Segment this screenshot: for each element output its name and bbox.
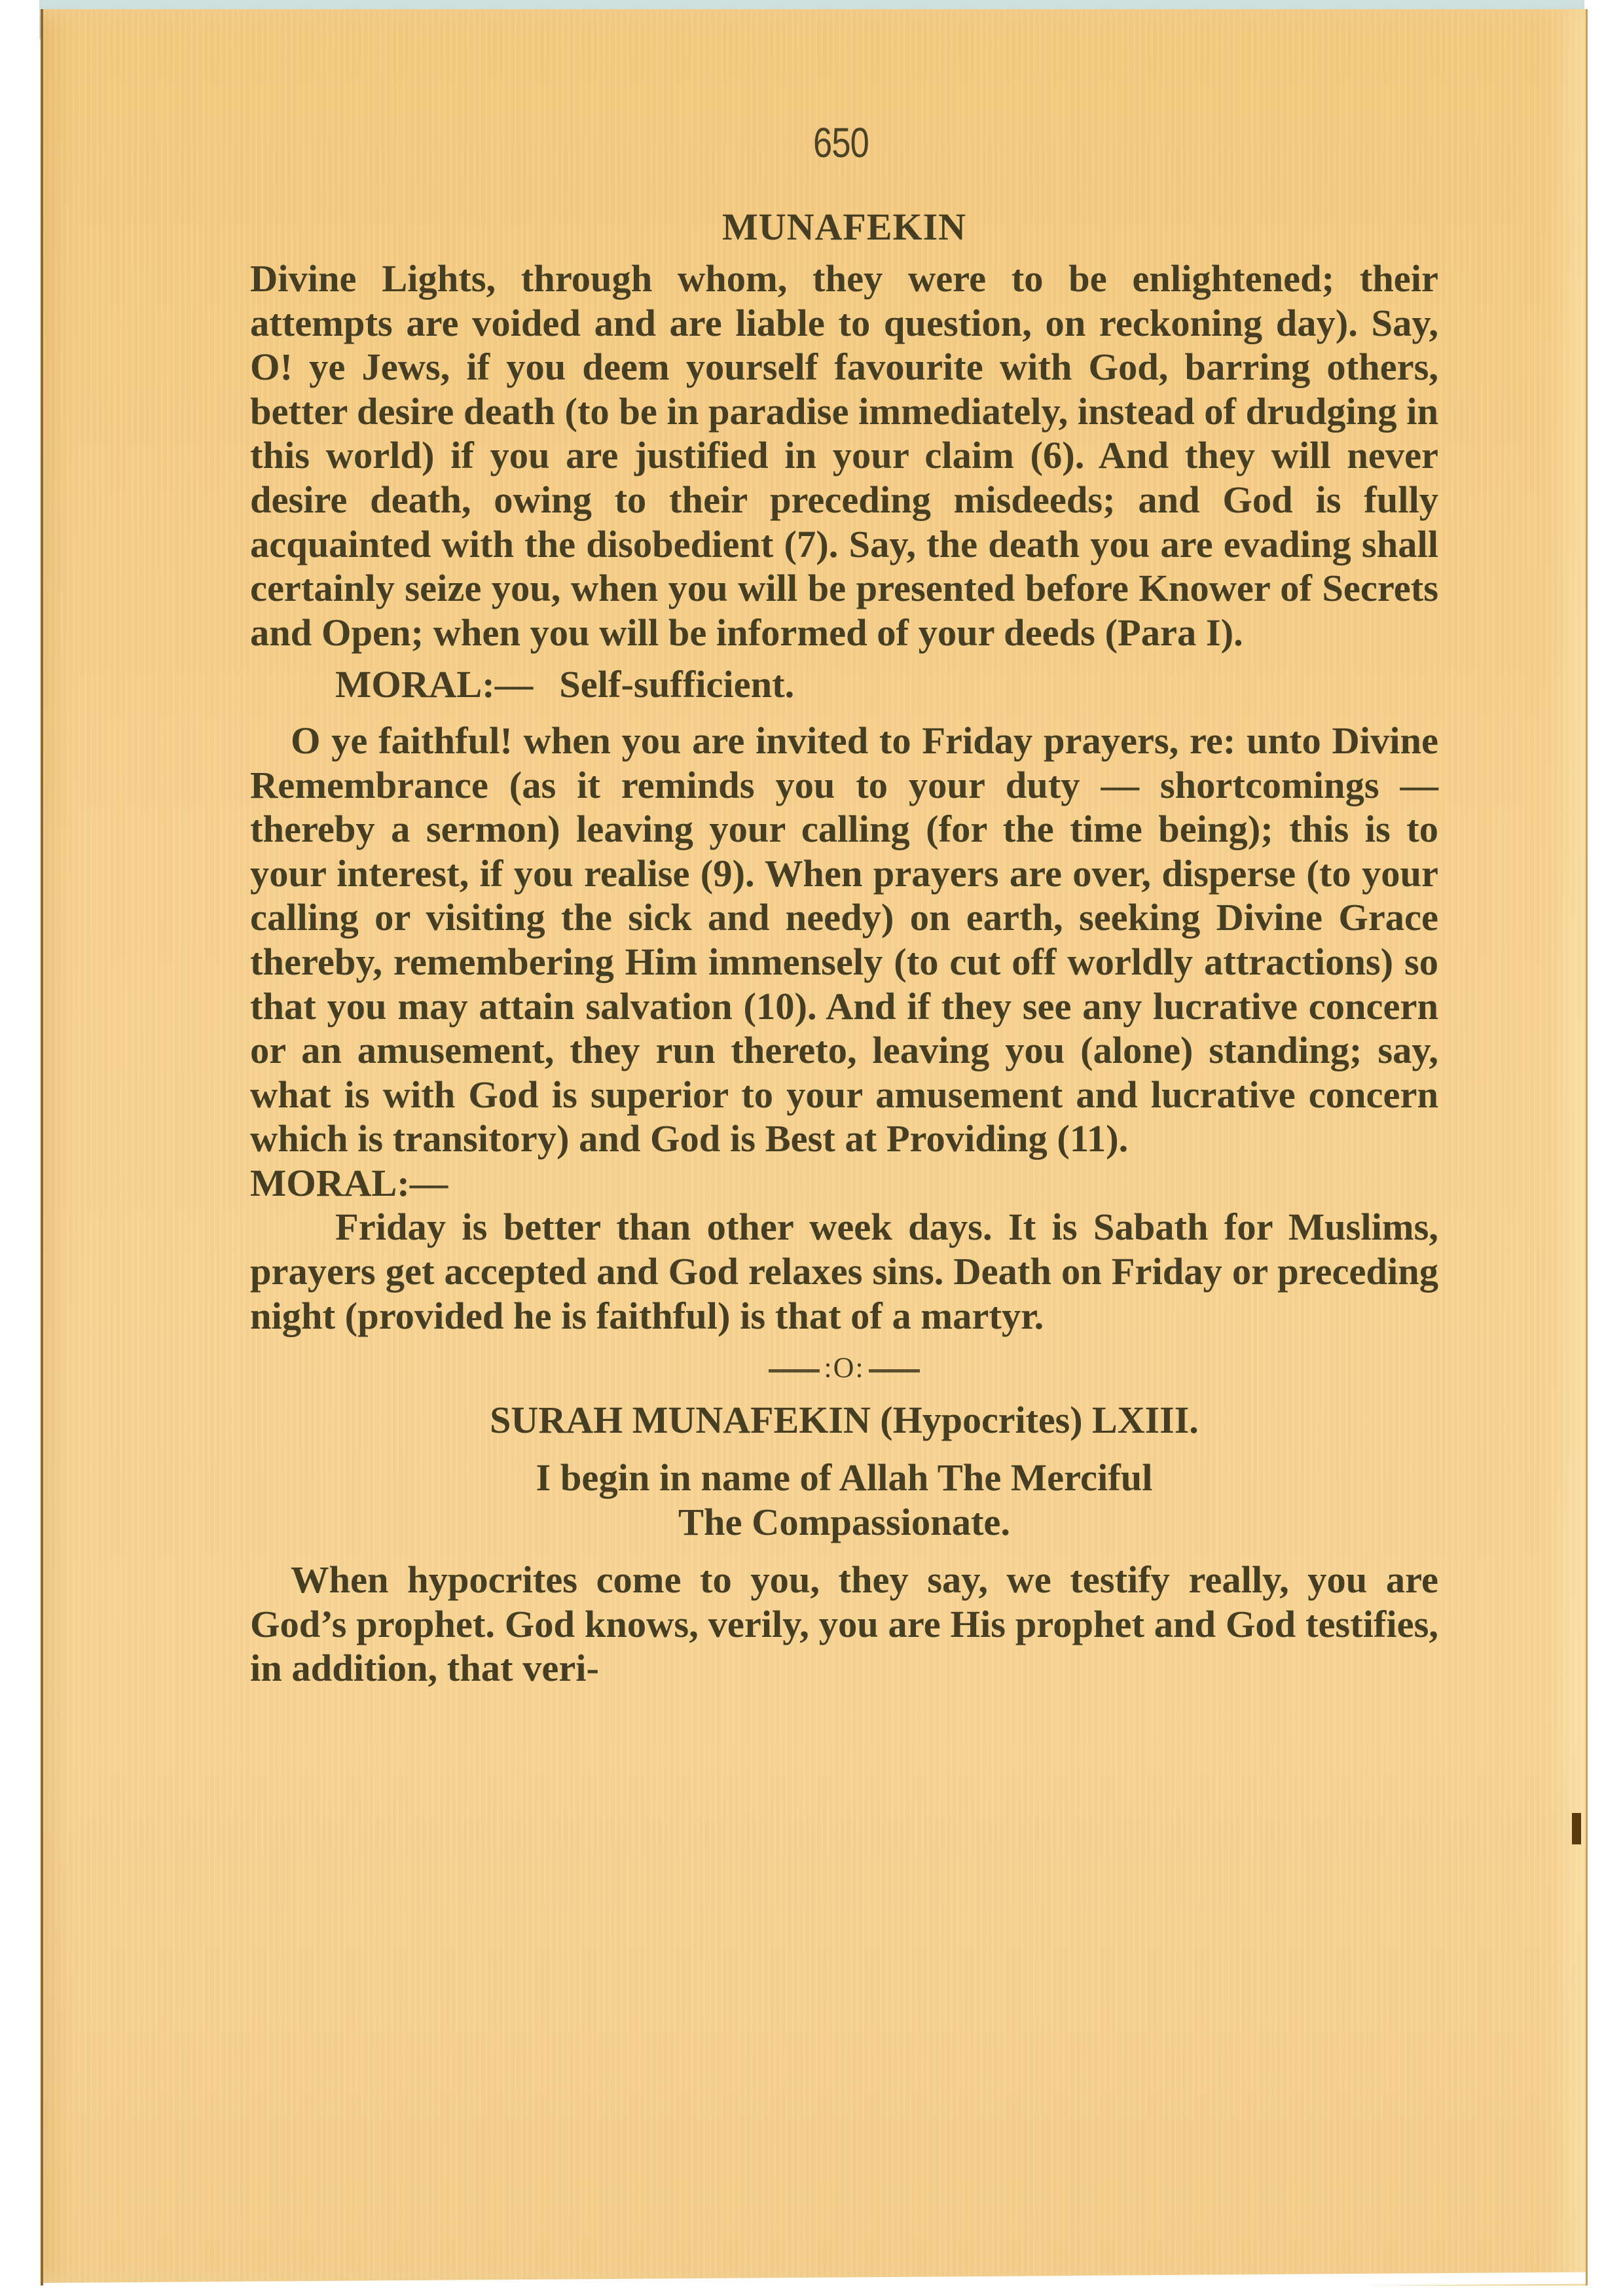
scanned-page: 650 MUNAFEKIN Divine Lights, through who… [0, 0, 1623, 2296]
moral-label-friday: MORAL:— [250, 1161, 1438, 1206]
separator-rule-right [869, 1369, 920, 1372]
bismillah: I begin in name of Allah The Merciful Th… [250, 1456, 1438, 1545]
separator-rule-left [769, 1369, 820, 1372]
paragraph-verses-9-11: O ye faithful! when you are invited to F… [250, 719, 1438, 1161]
page-edge-mark [1572, 1813, 1581, 1844]
page-number: 650 [351, 111, 1331, 174]
bismillah-line-2: The Compassionate. [250, 1500, 1438, 1545]
moral-text: Self-sufficient. [559, 663, 794, 706]
section-separator: :O: [250, 1348, 1438, 1388]
surah-title: SURAH MUNAFEKIN (Hypocrites) LXIII. [250, 1397, 1438, 1444]
moral-label: MORAL:— [335, 663, 533, 706]
running-head: MUNAFEKIN [250, 198, 1438, 257]
page-content: 650 MUNAFEKIN Divine Lights, through who… [250, 111, 1438, 1691]
paragraph-verses-6-7: Divine Lights, through whom, they were t… [250, 257, 1438, 655]
bismillah-line-1: I begin in name of Allah The Merciful [250, 1456, 1438, 1500]
separator-glyph: :O: [824, 1352, 864, 1384]
body-text: Divine Lights, through whom, they were t… [250, 257, 1438, 1691]
paragraph-surah-opening: When hypocrites come to you, they say, w… [250, 1558, 1438, 1691]
moral-self-sufficient: MORAL:—Self-sufficient. [250, 662, 1438, 707]
moral-friday-text: Friday is better than other week days. I… [250, 1205, 1438, 1338]
